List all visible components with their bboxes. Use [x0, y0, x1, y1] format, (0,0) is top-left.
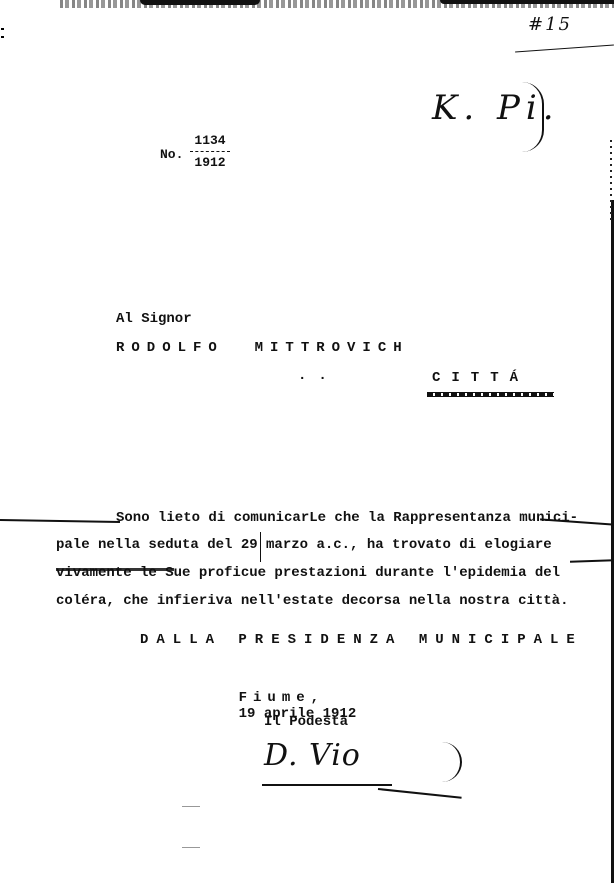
scanned-letter-page: #15 K. Pi. No. 1134 1912 Al Signor RODOL…: [0, 0, 614, 883]
scan-artifact-line: [570, 559, 614, 563]
strikethrough-mark: [56, 568, 174, 571]
issuing-office: DALLA PRESIDENZA MUNICIPALE: [140, 632, 583, 648]
body-line: pale nella seduta del 29 marzo a.c., ha …: [56, 537, 552, 553]
body-line: Sono lieto di comunicarLe che la Rappres…: [116, 510, 578, 526]
protocol-fraction-bar: [190, 151, 230, 153]
signatory-title: Il Podestà: [264, 714, 348, 730]
signature-underline: [262, 784, 392, 786]
protocol-number-value: 1134: [188, 134, 232, 148]
handwritten-parenthesis: [522, 82, 544, 152]
scan-binding-shadow: [140, 0, 260, 5]
protocol-label: No.: [160, 147, 183, 162]
scan-artifact-line: [0, 519, 120, 523]
scan-binding-shadow: [440, 0, 614, 4]
salutation: Al Signor: [116, 311, 192, 327]
protocol-fraction: 1134 1912: [188, 134, 232, 170]
reference-underline: [515, 45, 614, 53]
signature-flourish: [420, 742, 462, 782]
recipient-name: RODOLFO MITTROVICH: [116, 340, 409, 356]
place-name: Fiume,: [239, 690, 325, 706]
body-line: coléra, che infieriva nell'estate decors…: [56, 593, 568, 609]
signature-underline: [378, 788, 462, 799]
recipient-city: CITTÁ: [432, 370, 529, 386]
scan-artifact: [182, 806, 200, 848]
handwritten-reference-number: #15: [528, 14, 572, 35]
handwritten-signature: D. Vio: [264, 738, 361, 773]
scan-artifact: [1, 28, 4, 42]
address-dots: ..: [298, 368, 339, 384]
scan-page-edge: [610, 140, 612, 220]
protocol-year: 1912: [188, 156, 232, 170]
handwritten-caret-mark: [260, 532, 261, 562]
city-double-underline: [427, 392, 554, 397]
